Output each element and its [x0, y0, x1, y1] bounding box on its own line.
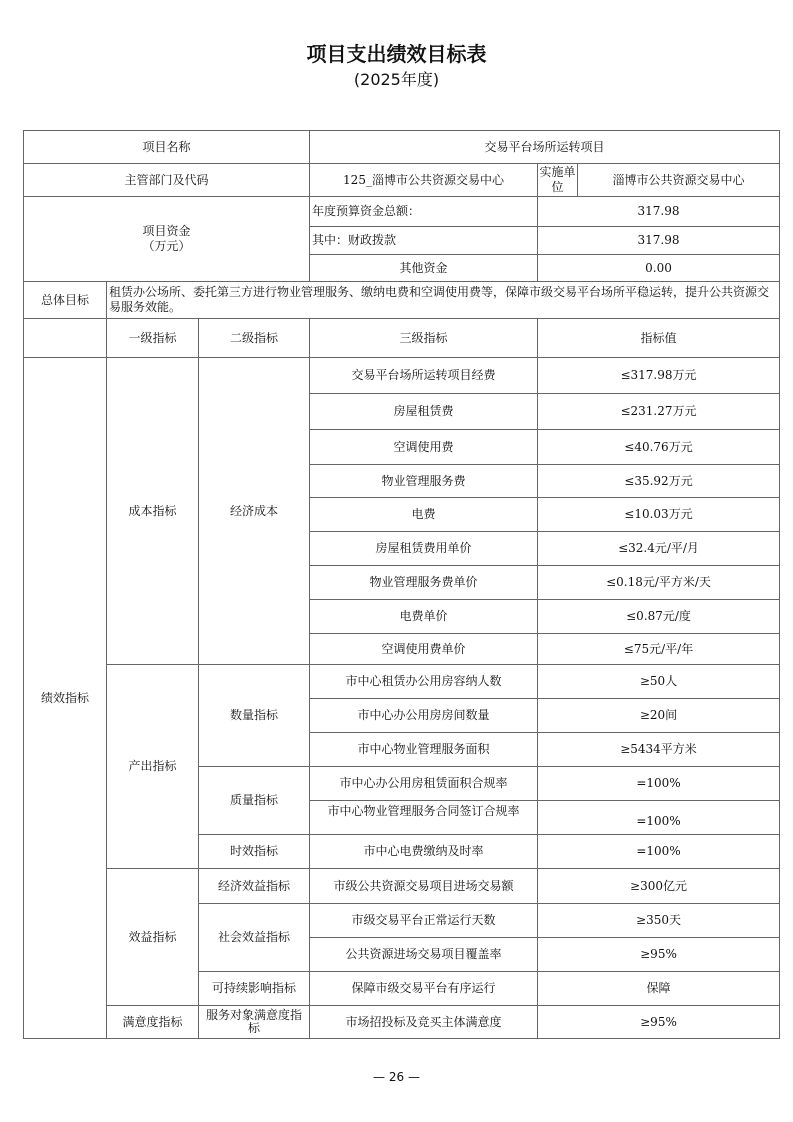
- project-name-value: 交易平台场所运转项目: [310, 131, 780, 164]
- funds-total-value: 317.98: [538, 197, 780, 227]
- indicator-value: ≤0.87元/度: [538, 600, 780, 634]
- level3-name: 保障市级交易平台有序运行: [310, 972, 538, 1006]
- performance-indicator-section-label: 绩效指标: [24, 358, 107, 1039]
- indicator-value: ≥20间: [538, 699, 780, 733]
- level2-economic-cost: 经济成本: [199, 358, 310, 665]
- indicator-value: ≤35.92万元: [538, 465, 780, 498]
- level3-name: 物业管理服务费单价: [310, 566, 538, 600]
- indicator-value: ≤75元/平/年: [538, 634, 780, 665]
- overall-goal-row: 总体目标 租赁办公场所、委托第三方进行物业管理服务、缴纳电费和空调使用费等，保障…: [24, 282, 780, 319]
- indicator-value: ≥95%: [538, 1006, 780, 1039]
- header-blank: [24, 319, 107, 358]
- project-funds-label: 项目资金 （万元）: [24, 197, 310, 282]
- performance-target-table: 项目名称 交易平台场所运转项目 主管部门及代码 125_淄博市公共资源交易中心 …: [23, 130, 780, 1039]
- department-row: 主管部门及代码 125_淄博市公共资源交易中心 实施单位 淄博市公共资源交易中心: [24, 164, 780, 197]
- level2-sustainable-impact: 可持续影响指标: [199, 972, 310, 1006]
- project-funds-label-line2: （万元）: [26, 239, 307, 254]
- level3-name: 公共资源进场交易项目覆盖率: [310, 938, 538, 972]
- level2-service-satisfaction: 服务对象满意度指标: [199, 1006, 310, 1039]
- indicator-value: ≤317.98万元: [538, 358, 780, 394]
- level2-quantity: 数量指标: [199, 665, 310, 767]
- indicator-value: ≤231.27万元: [538, 394, 780, 430]
- level1-satisfaction: 满意度指标: [107, 1006, 199, 1039]
- level3-name: 房屋租赁费: [310, 394, 538, 430]
- level2-social-benefit: 社会效益指标: [199, 904, 310, 972]
- indicator-value: 保障: [538, 972, 780, 1006]
- funds-fiscal-value: 317.98: [538, 227, 780, 255]
- level2-timeliness: 时效指标: [199, 835, 310, 869]
- level3-name: 空调使用费: [310, 430, 538, 465]
- level3-name: 市中心电费缴纳及时率: [310, 835, 538, 869]
- implementing-unit-label: 实施单位: [538, 164, 578, 197]
- funds-other-label: 其他资金: [310, 255, 538, 282]
- level3-name: 市中心租赁办公用房容纳人数: [310, 665, 538, 699]
- level2-quality: 质量指标: [199, 767, 310, 835]
- level3-name: 市场招投标及竞买主体满意度: [310, 1006, 538, 1039]
- indicator-value: ≥95%: [538, 938, 780, 972]
- document-title: 项目支出绩效目标表: [0, 38, 793, 67]
- level3-name: 电费单价: [310, 600, 538, 634]
- level3-name: 房屋租赁费用单价: [310, 532, 538, 566]
- level3-name: 市中心办公用房租赁面积合规率: [310, 767, 538, 801]
- project-name-label: 项目名称: [24, 131, 310, 164]
- indicator-value: ≤32.4元/平/月: [538, 532, 780, 566]
- indicator-value: ≤0.18元/平方米/天: [538, 566, 780, 600]
- indicator-row: 满意度指标 服务对象满意度指标 市场招投标及竞买主体满意度 ≥95%: [24, 1006, 780, 1039]
- header-level3: 三级指标: [310, 319, 538, 358]
- indicator-value: ≥350天: [538, 904, 780, 938]
- level3-name: 市中心办公用房房间数量: [310, 699, 538, 733]
- header-value: 指标值: [538, 319, 780, 358]
- level1-cost: 成本指标: [107, 358, 199, 665]
- level3-name: 物业管理服务费: [310, 465, 538, 498]
- level2-economic-benefit: 经济效益指标: [199, 869, 310, 904]
- funds-total-label: 年度预算资金总额：: [310, 197, 538, 227]
- overall-goal-text: 租赁办公场所、委托第三方进行物业管理服务、缴纳电费和空调使用费等，保障市级交易平…: [107, 282, 780, 319]
- level3-name: 市中心物业管理服务合同签订合规率: [310, 801, 538, 835]
- implementing-unit-value: 淄博市公共资源交易中心: [578, 164, 780, 197]
- project-name-row: 项目名称 交易平台场所运转项目: [24, 131, 780, 164]
- funds-other-value: 0.00: [538, 255, 780, 282]
- level3-name: 市级交易平台正常运行天数: [310, 904, 538, 938]
- level3-name: 市级公共资源交易项目进场交易额: [310, 869, 538, 904]
- indicator-row: 效益指标 经济效益指标 市级公共资源交易项目进场交易额 ≥300亿元: [24, 869, 780, 904]
- indicator-value: =100%: [538, 767, 780, 801]
- indicator-value: ≤40.76万元: [538, 430, 780, 465]
- funds-fiscal-label: 其中：财政拨款: [310, 227, 538, 255]
- page-number: — 26 —: [0, 1070, 793, 1084]
- level3-name: 电费: [310, 498, 538, 532]
- indicator-value: ≥300亿元: [538, 869, 780, 904]
- funds-total-row: 项目资金 （万元） 年度预算资金总额： 317.98: [24, 197, 780, 227]
- level3-name: 市中心物业管理服务面积: [310, 733, 538, 767]
- indicator-value: ≥5434平方米: [538, 733, 780, 767]
- department-label: 主管部门及代码: [24, 164, 310, 197]
- level3-name: 交易平台场所运转项目经费: [310, 358, 538, 394]
- indicator-value: =100%: [538, 801, 780, 835]
- level3-name: 空调使用费单价: [310, 634, 538, 665]
- document-subtitle: (2025年度): [0, 67, 793, 90]
- header-level1: 一级指标: [107, 319, 199, 358]
- indicator-header-row: 一级指标 二级指标 三级指标 指标值: [24, 319, 780, 358]
- indicator-value: =100%: [538, 835, 780, 869]
- indicator-value: ≤10.03万元: [538, 498, 780, 532]
- indicator-value: ≥50人: [538, 665, 780, 699]
- indicator-row: 产出指标 数量指标 市中心租赁办公用房容纳人数 ≥50人: [24, 665, 780, 699]
- overall-goal-label: 总体目标: [24, 282, 107, 319]
- project-funds-label-line1: 项目资金: [26, 224, 307, 239]
- level1-benefit: 效益指标: [107, 869, 199, 1006]
- department-value: 125_淄博市公共资源交易中心: [310, 164, 538, 197]
- header-level2: 二级指标: [199, 319, 310, 358]
- indicator-row: 绩效指标 成本指标 经济成本 交易平台场所运转项目经费 ≤317.98万元: [24, 358, 780, 394]
- level1-output: 产出指标: [107, 665, 199, 869]
